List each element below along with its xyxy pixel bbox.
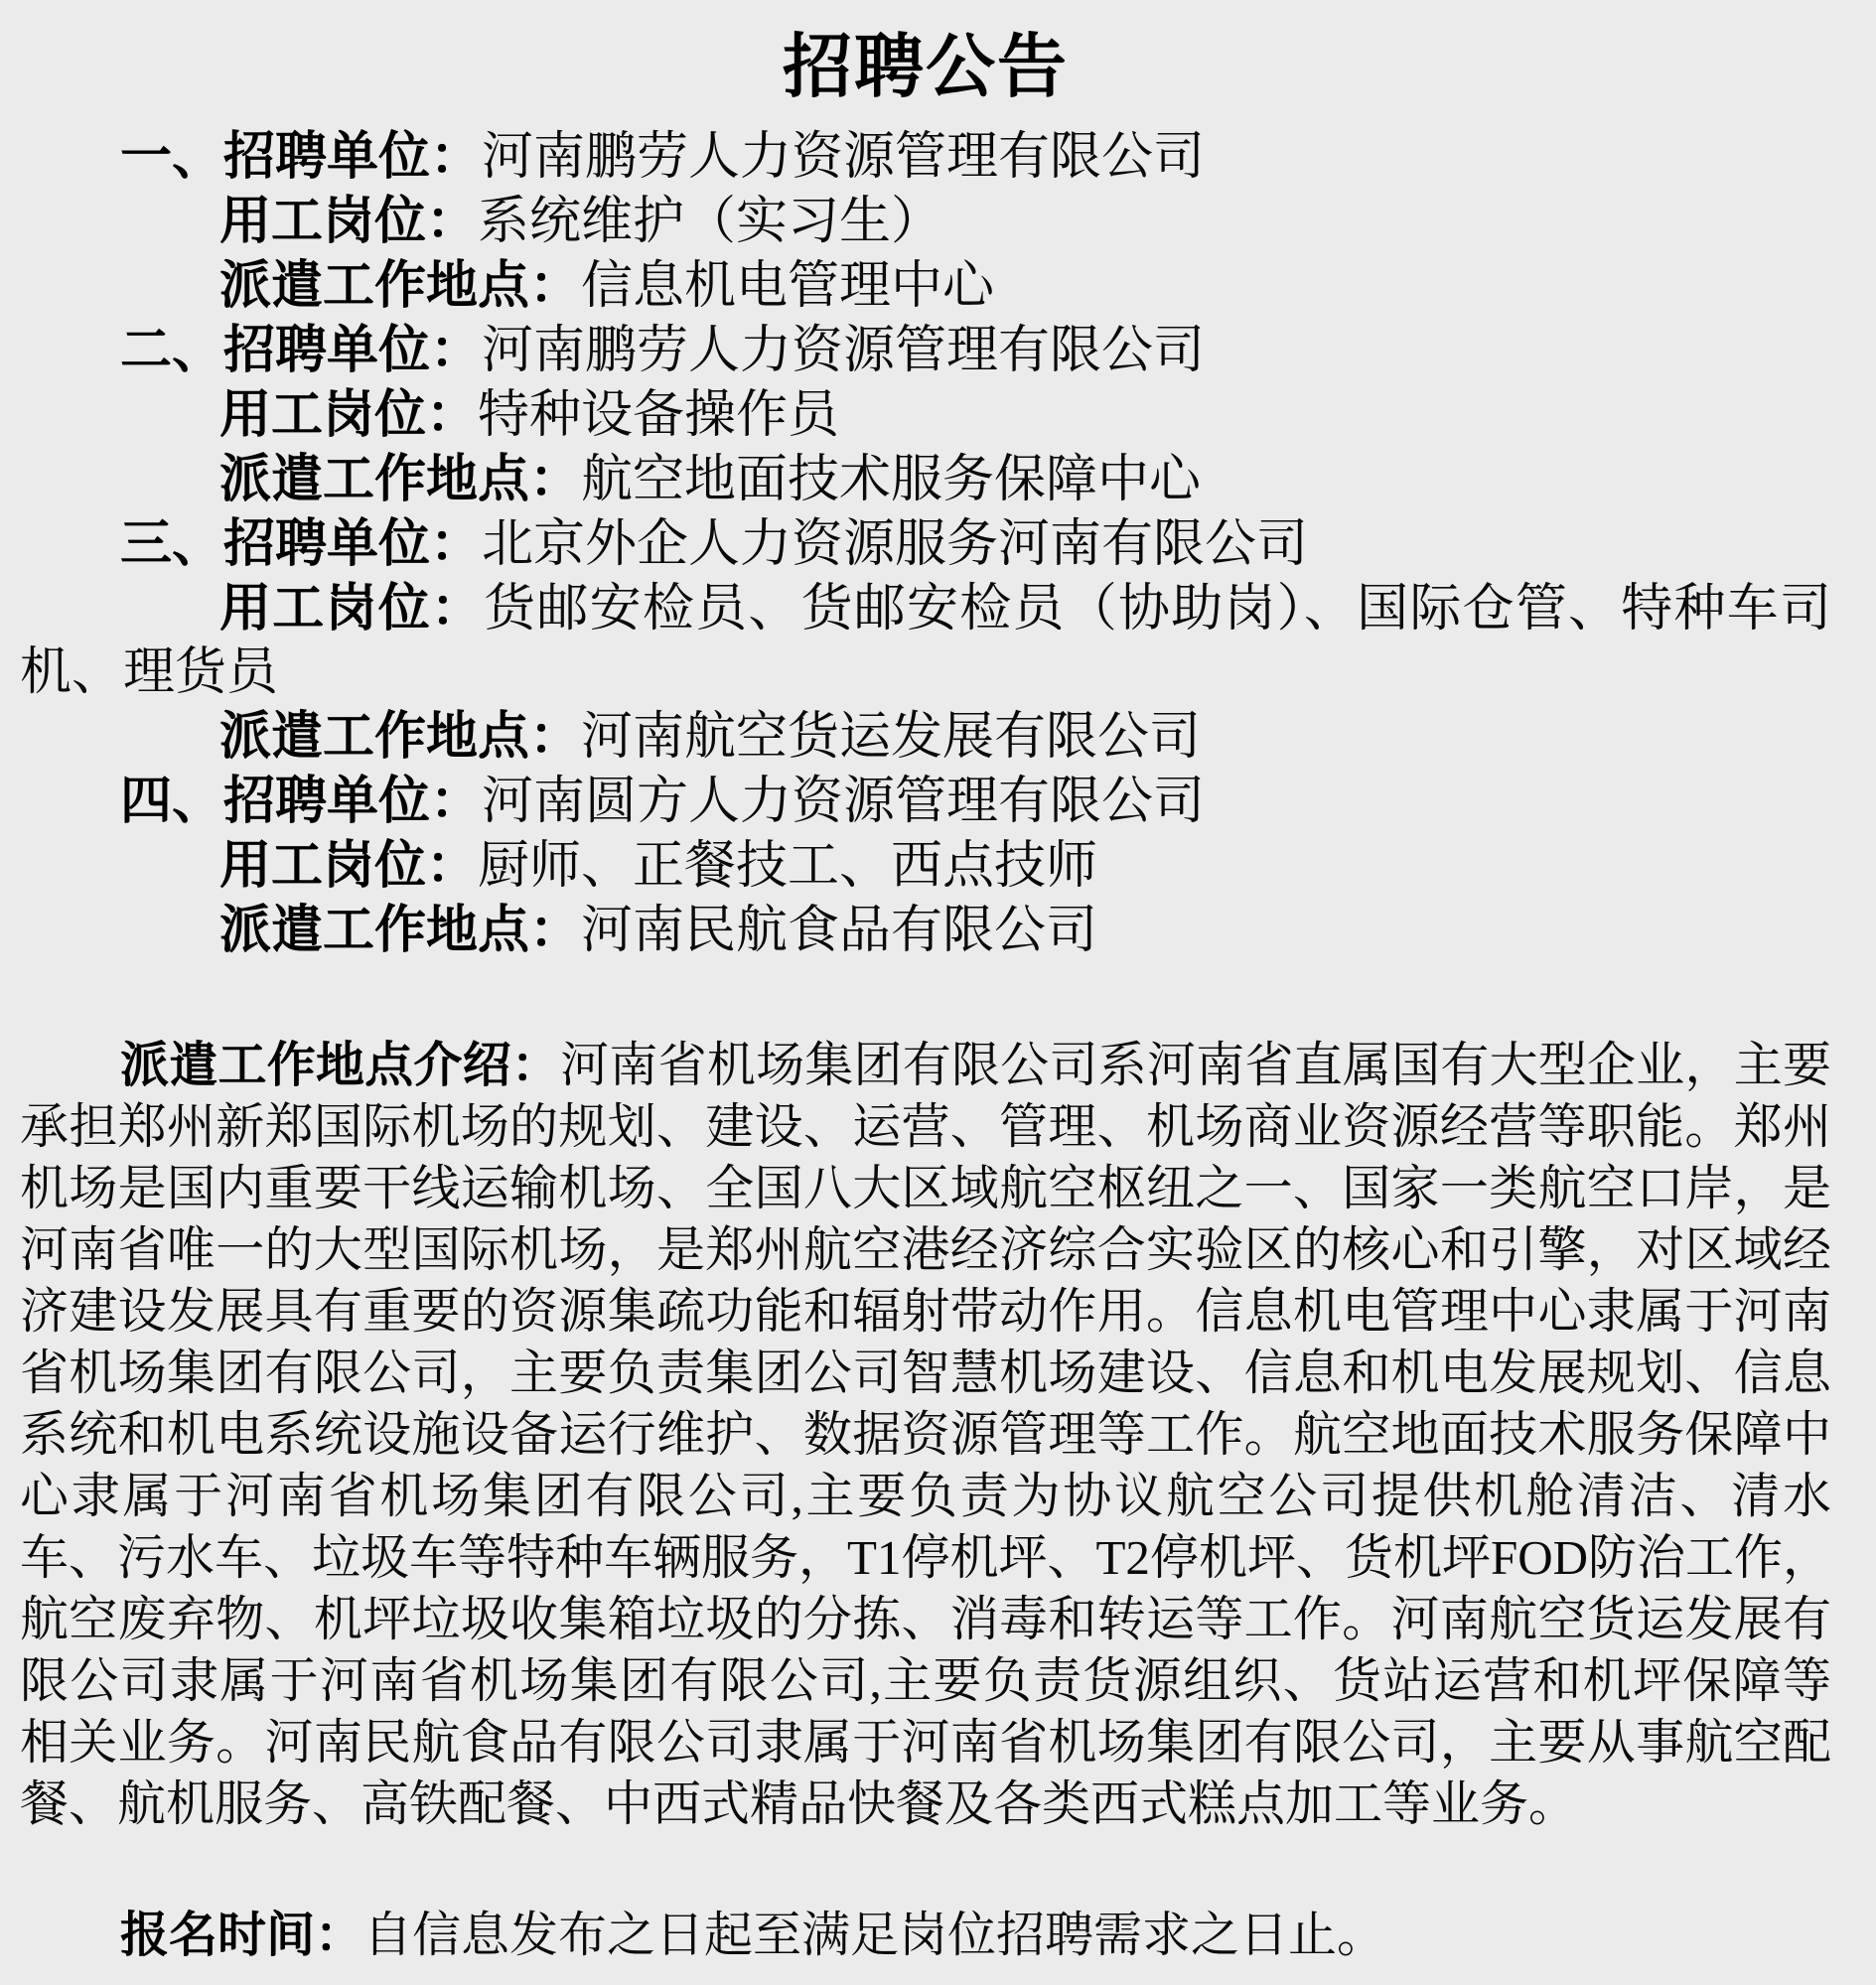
job-label: 用工岗位： [219, 580, 484, 638]
list-item-1: 一、招聘单位：河南鹏劳人力资源管理有限公司 用工岗位：系统维护（实习生） 派遣工… [20, 125, 1831, 319]
list-item-2: 二、招聘单位：河南鹏劳人力资源管理有限公司 用工岗位：特种设备操作员 派遣工作地… [20, 319, 1831, 512]
place-label: 派遣工作地点： [219, 902, 581, 959]
page-title: 招聘公告 [20, 26, 1831, 111]
place-label: 派遣工作地点： [219, 451, 581, 508]
item-number: 四、 [120, 773, 223, 830]
place-label: 派遣工作地点： [219, 257, 581, 315]
job-line: 用工岗位：系统维护（实习生） [20, 190, 1831, 254]
item-number: 二、 [120, 322, 223, 379]
registration-text: 自信息发布之日起至满足岗位招聘需求之日止。 [363, 1908, 1385, 1962]
place-value: 信息机电管理中心 [581, 258, 994, 315]
list-item-3: 三、招聘单位：北京外企人力资源服务河南有限公司 用工岗位：货邮安检员、货邮安检员… [20, 512, 1831, 770]
unit-label: 招聘单位： [223, 773, 482, 830]
job-value: 厨师、正餐技工、西点技师 [478, 838, 1097, 895]
job-line: 用工岗位：货邮安检员、货邮安检员（协助岗）、国际仓管、特种车司机、理货员 [20, 577, 1831, 705]
job-label: 用工岗位： [219, 837, 478, 895]
unit-value: 北京外企人力资源服务河南有限公司 [482, 516, 1308, 573]
unit-value: 河南鹏劳人力资源管理有限公司 [482, 323, 1205, 379]
job-label: 用工岗位： [219, 386, 478, 444]
place-value: 航空地面技术服务保障中心 [581, 452, 1201, 508]
place-line: 派遣工作地点：航空地面技术服务保障中心 [20, 448, 1831, 512]
place-line: 派遣工作地点：信息机电管理中心 [20, 254, 1831, 319]
unit-label: 招聘单位： [223, 128, 482, 186]
registration-time-line: 报名时间：自信息发布之日起至满足岗位招聘需求之日止。 [20, 1905, 1831, 1966]
item-number: 三、 [120, 515, 223, 573]
job-line: 用工岗位：厨师、正餐技工、西点技师 [20, 834, 1831, 899]
unit-value: 河南圆方人力资源管理有限公司 [482, 774, 1205, 830]
place-line: 派遣工作地点：河南航空货运发展有限公司 [20, 705, 1831, 770]
job-line: 用工岗位：特种设备操作员 [20, 383, 1831, 448]
unit-value: 河南鹏劳人力资源管理有限公司 [482, 129, 1205, 186]
intro-label: 派遣工作地点介绍： [120, 1039, 560, 1092]
unit-line: 一、招聘单位：河南鹏劳人力资源管理有限公司 [20, 125, 1831, 190]
unit-line: 四、招聘单位：河南圆方人力资源管理有限公司 [20, 770, 1831, 834]
workplace-intro-paragraph: 派遣工作地点介绍：河南省机场集团有限公司系河南省直属国有大型企业，主要承担郑州新… [20, 1035, 1831, 1835]
list-item-4: 四、招聘单位：河南圆方人力资源管理有限公司 用工岗位：厨师、正餐技工、西点技师 … [20, 770, 1831, 963]
place-label: 派遣工作地点： [219, 708, 581, 766]
place-value: 河南航空货运发展有限公司 [581, 709, 1201, 766]
job-value: 系统维护（实习生） [478, 194, 942, 250]
unit-label: 招聘单位： [223, 322, 482, 379]
unit-line: 二、招聘单位：河南鹏劳人力资源管理有限公司 [20, 319, 1831, 383]
unit-label: 招聘单位： [223, 515, 482, 573]
registration-label: 报名时间： [120, 1909, 363, 1962]
item-number: 一、 [120, 128, 223, 186]
job-value: 特种设备操作员 [478, 387, 839, 444]
announcement-document: 招聘公告 一、招聘单位：河南鹏劳人力资源管理有限公司 用工岗位：系统维护（实习生… [0, 0, 1876, 1985]
intro-text: 河南省机场集团有限公司系河南省直属国有大型企业，主要承担郑州新郑国际机场的规划、… [20, 1038, 1831, 1831]
job-label: 用工岗位： [219, 193, 478, 250]
place-value: 河南民航食品有限公司 [581, 903, 1097, 959]
unit-line: 三、招聘单位：北京外企人力资源服务河南有限公司 [20, 512, 1831, 577]
place-line: 派遣工作地点：河南民航食品有限公司 [20, 899, 1831, 963]
recruitment-list: 一、招聘单位：河南鹏劳人力资源管理有限公司 用工岗位：系统维护（实习生） 派遣工… [20, 125, 1831, 963]
